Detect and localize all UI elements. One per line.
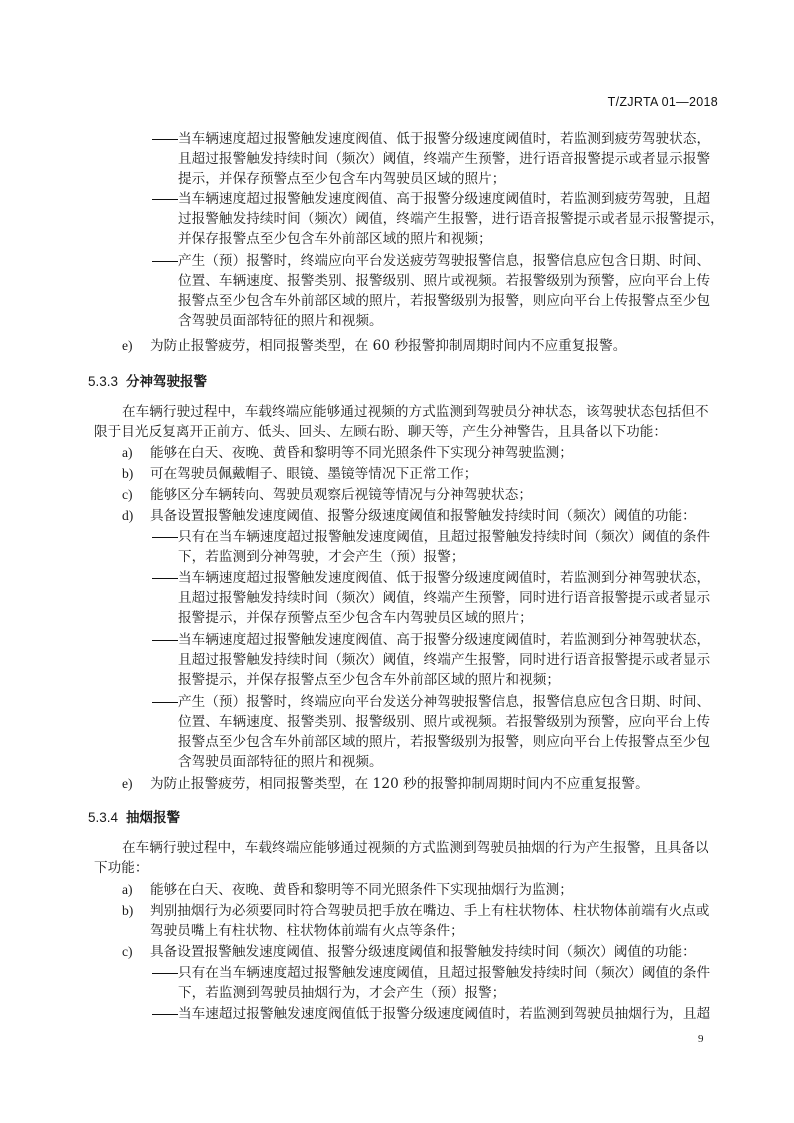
list-label: c) xyxy=(122,942,133,962)
text-line: 当车辆速度超过报警触发速度阀值、高于报警分级速度阈值时，若监测到疲劳驾驶，且超 xyxy=(178,189,710,209)
text-line: 位置、车辆速度、报警类别、报警级别、照片或视频。若报警级别为预警，应向平台上传 xyxy=(178,712,710,732)
section-number: 5.3.4 xyxy=(88,810,126,825)
text-line: 报警点至少包含车外前部区域的照片，若报警级别为报警，则应向平台上传报警点至少包 xyxy=(178,732,710,752)
text-line: 当车速超过报警触发速度阀值低于报警分级速度阈值时，若监测到驾驶员抽烟行为，且超 xyxy=(178,1004,710,1024)
em-dash-marker xyxy=(152,199,178,200)
text-line: 含驾驶员面部特征的照片和视频。 xyxy=(178,311,383,331)
em-dash-marker xyxy=(152,261,178,262)
list-item-text: 判别抽烟行为必须要同时符合驾驶员把手放在嘴边、手上有柱状物体、柱状物体前端有火点… xyxy=(150,901,709,921)
text-line: 当车辆速度超过报警触发速度阀值、低于报警分级速度阈值时，若监测到分神驾驶状态， xyxy=(178,568,710,588)
list-item-text: 具备设置报警触发速度阈值、报警分级速度阈值和报警触发持续时间（频次）阈值的功能： xyxy=(150,506,696,526)
text-line: 报警提示，并保存预警点至少包含车内驾驶员区域的照片； xyxy=(178,608,533,628)
text-line: 下，若监测到分神驾驶，才会产生（预）报警； xyxy=(178,547,465,567)
list-label: a) xyxy=(122,880,133,900)
list-item-text: 能够在白天、夜晚、黄昏和黎明等不同光照条件下实现分神驾驶监测； xyxy=(150,443,573,463)
text-line: 当车辆速度超过报警触发速度阀值、高于报警分级速度阈值时，若监测到分神驾驶状态， xyxy=(178,630,710,650)
section-title: 抽烟报警 xyxy=(126,810,180,825)
text-line: 为防止报警疲劳，相同报警类型，在 60 秒报警抑制周期时间内不应重复报警。 xyxy=(150,336,626,356)
text-line: 含驾驶员面部特征的照片和视频。 xyxy=(178,752,383,772)
document-header-id: T/ZJRTA 01—2018 xyxy=(608,95,718,109)
section-heading-5-3-3: 5.3.3分神驾驶报警 xyxy=(88,370,207,390)
list-label: d) xyxy=(122,506,133,526)
section-title: 分神驾驶报警 xyxy=(126,374,207,389)
text-line: 且超过报警触发持续时间（频次）阈值，终端产生报警，同时进行语音报警提示或者显示 xyxy=(178,650,710,670)
text-line: 过报警触发持续时间（频次）阈值，终端产生报警，进行语音报警提示或者显示报警提示， xyxy=(178,209,724,229)
text-line: 并保存报警点至少包含车外前部区域的照片和视频； xyxy=(178,229,492,249)
text-line: 报警提示，并保存报警点至少包含车外前部区域的照片和视频； xyxy=(178,670,560,690)
list-label: c) xyxy=(122,485,133,505)
text-line: 提示，并保存预警点至少包含车内驾驶员区域的照片； xyxy=(178,169,505,189)
em-dash-marker xyxy=(152,139,178,140)
em-dash-marker xyxy=(152,537,178,538)
paragraph-line: 限于目光反复离开正前方、低头、回头、左顾右盼、聊天等，产生分神警告，且具备以下功… xyxy=(94,422,667,442)
text-line: 下，若监测到驾驶员抽烟行为，才会产生（预）报警； xyxy=(178,983,505,1003)
paragraph-line: 下功能： xyxy=(94,858,149,878)
text-line: 且超过报警触发持续时间（频次）阈值，终端产生预警，进行语音报警提示或者显示报警 xyxy=(178,149,710,169)
section-number: 5.3.3 xyxy=(88,374,126,389)
text-line: 位置、车辆速度、报警类别、报警级别、照片或视频。若报警级别为预警，应向平台上传 xyxy=(178,271,710,291)
paragraph-line: 在车辆行驶过程中，车载终端应能够通过视频的方式监测到驾驶员抽烟的行为产生报警，且… xyxy=(122,838,709,858)
list-label: a) xyxy=(122,443,133,463)
list-item-text: 为防止报警疲劳，相同报警类型，在 120 秒的报警抑制周期时间内不应重复报警。 xyxy=(150,774,649,794)
text-line: 只有在当车辆速度超过报警触发速度阈值，且超过报警触发持续时间（频次）阈值的条件 xyxy=(178,963,710,983)
list-item-text: 能够在白天、夜晚、黄昏和黎明等不同光照条件下实现抽烟行为监测； xyxy=(150,880,573,900)
list-label: e) xyxy=(122,774,133,794)
list-label: e) xyxy=(122,336,133,356)
em-dash-marker xyxy=(152,578,178,579)
list-item-text: 可在驾驶员佩戴帽子、眼镜、墨镜等情况下正常工作； xyxy=(150,464,477,484)
list-item-text: 驾驶员嘴上有柱状物、柱状物体前端有火点等条件； xyxy=(150,921,464,941)
list-label: b) xyxy=(122,464,133,484)
paragraph-line: 在车辆行驶过程中，车载终端应能够通过视频的方式监测到驾驶员分神状态，该驾驶状态包… xyxy=(122,402,709,422)
em-dash-marker xyxy=(152,1014,178,1015)
list-item-text: 具备设置报警触发速度阈值、报警分级速度阈值和报警触发持续时间（频次）阈值的功能： xyxy=(150,942,696,962)
text-line: 报警点至少包含车外前部区域的照片，若报警级别为报警，则应向平台上传报警点至少包 xyxy=(178,291,710,311)
text-line: 当车辆速度超过报警触发速度阀值、低于报警分级速度阈值时，若监测到疲劳驾驶状态， xyxy=(178,129,710,149)
text-line: 只有在当车辆速度超过报警触发速度阈值，且超过报警触发持续时间（频次）阈值的条件 xyxy=(178,527,710,547)
text-line: 产生（预）报警时，终端应向平台发送疲劳驾驶报警信息，报警信息应包含日期、时间、 xyxy=(178,251,710,271)
text-line: 且超过报警触发持续时间（频次）阈值，终端产生预警，同时进行语音报警提示或者显示 xyxy=(178,588,710,608)
em-dash-marker xyxy=(152,973,178,974)
section-heading-5-3-4: 5.3.4抽烟报警 xyxy=(88,806,180,826)
em-dash-marker xyxy=(152,640,178,641)
list-item-text: 能够区分车辆转向、驾驶员观察后视镜等情况与分神驾驶状态； xyxy=(150,485,532,505)
em-dash-marker xyxy=(152,702,178,703)
page-number: 9 xyxy=(698,1033,704,1045)
text-line: 产生（预）报警时，终端应向平台发送分神驾驶报警信息，报警信息应包含日期、时间、 xyxy=(178,692,710,712)
list-label: b) xyxy=(122,901,133,921)
